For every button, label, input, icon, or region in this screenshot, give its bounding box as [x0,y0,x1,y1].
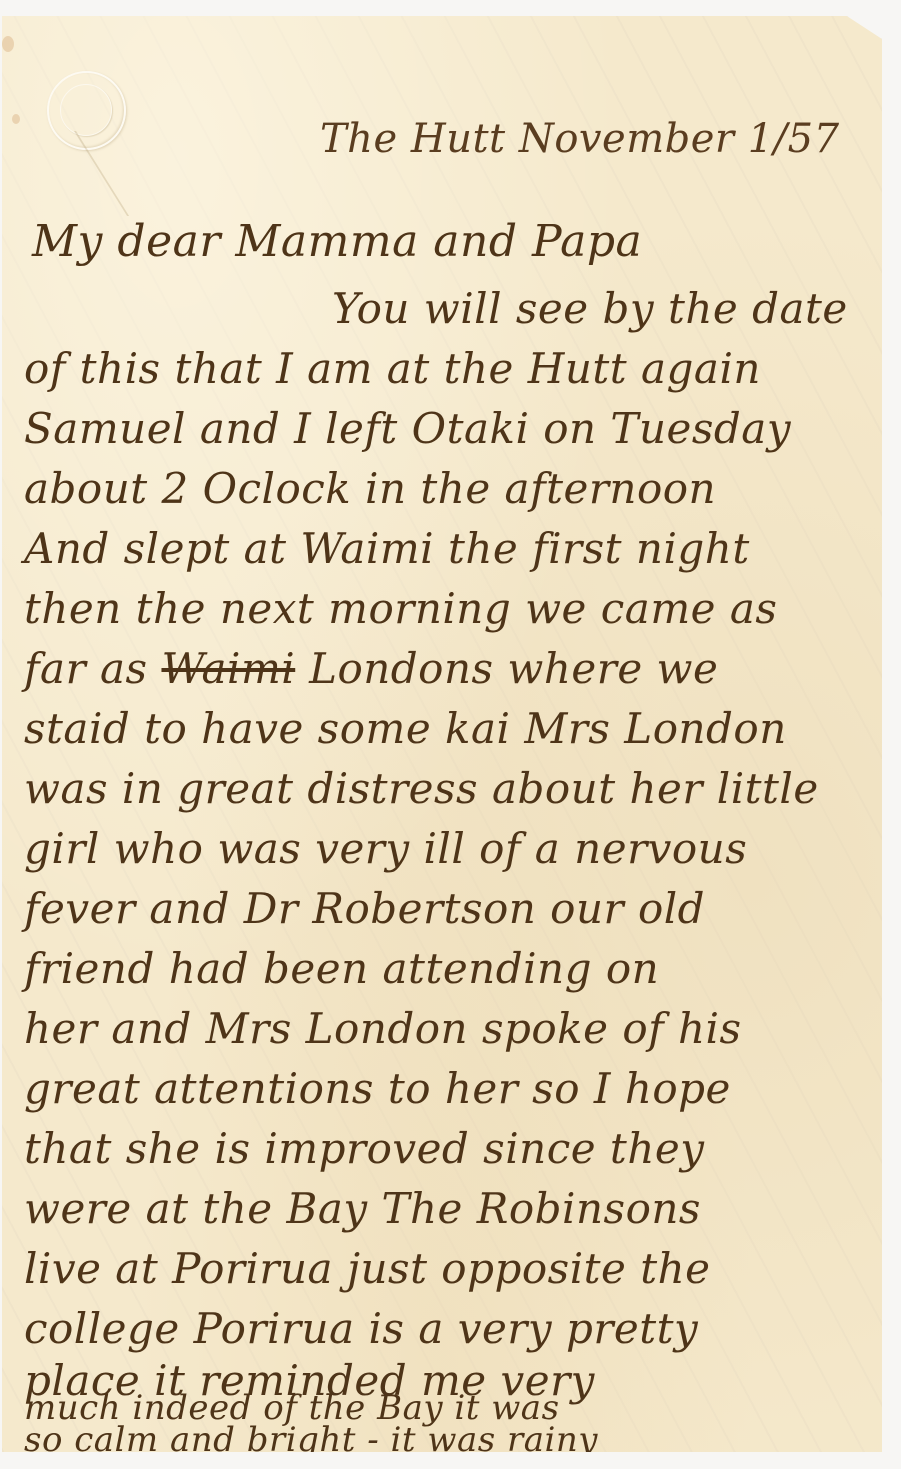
letter-line: fever and Dr Robertson our old [24,884,705,933]
letter-line: that she is improved since they [24,1124,704,1173]
letter-line: friend had been attending on [24,944,659,993]
scanned-letter: The Hutt November 1/57 My dear Mamma and… [0,0,901,1469]
letter-line: were at the Bay The Robinsons [24,1184,701,1233]
letter-line: girl who was very ill of a nervous [24,824,747,873]
salutation: My dear Mamma and Papa [32,216,642,267]
paper-crease [74,131,189,216]
foxing-stain [12,114,20,124]
letter-line: was in great distress about her little [24,764,819,813]
embossed-seal-crest-icon [60,84,112,136]
letter-line-suffix: Londons where we [295,644,718,693]
letter-line: And slept at Waimi the first night [24,524,750,573]
letter-line: about 2 Oclock in the afternoon [24,464,716,513]
letter-line: far as Waimi Londons where we [24,644,718,693]
foxing-stain [2,36,14,52]
letter-paper: The Hutt November 1/57 My dear Mamma and… [2,16,882,1452]
letter-line: her and Mrs London spoke of his [24,1004,742,1053]
date-line: The Hutt November 1/57 [320,116,840,162]
letter-line-prefix: far as [24,644,161,693]
letter-line: Samuel and I left Otaki on Tuesday [24,404,791,453]
letter-line: of this that I am at the Hutt again [24,344,761,393]
letter-line: great attentions to her so I hope [24,1064,731,1113]
letter-line: You will see by the date [332,284,848,333]
letter-line: live at Porirua just opposite the [24,1244,711,1293]
letter-line: college Porirua is a very pretty [24,1304,698,1353]
letter-line: then the next morning we came as [24,584,777,633]
struck-word: Waimi [161,644,295,693]
letter-line: staid to have some kai Mrs London [24,704,787,753]
letter-line: so calm and bright - it was rainy [24,1420,598,1460]
